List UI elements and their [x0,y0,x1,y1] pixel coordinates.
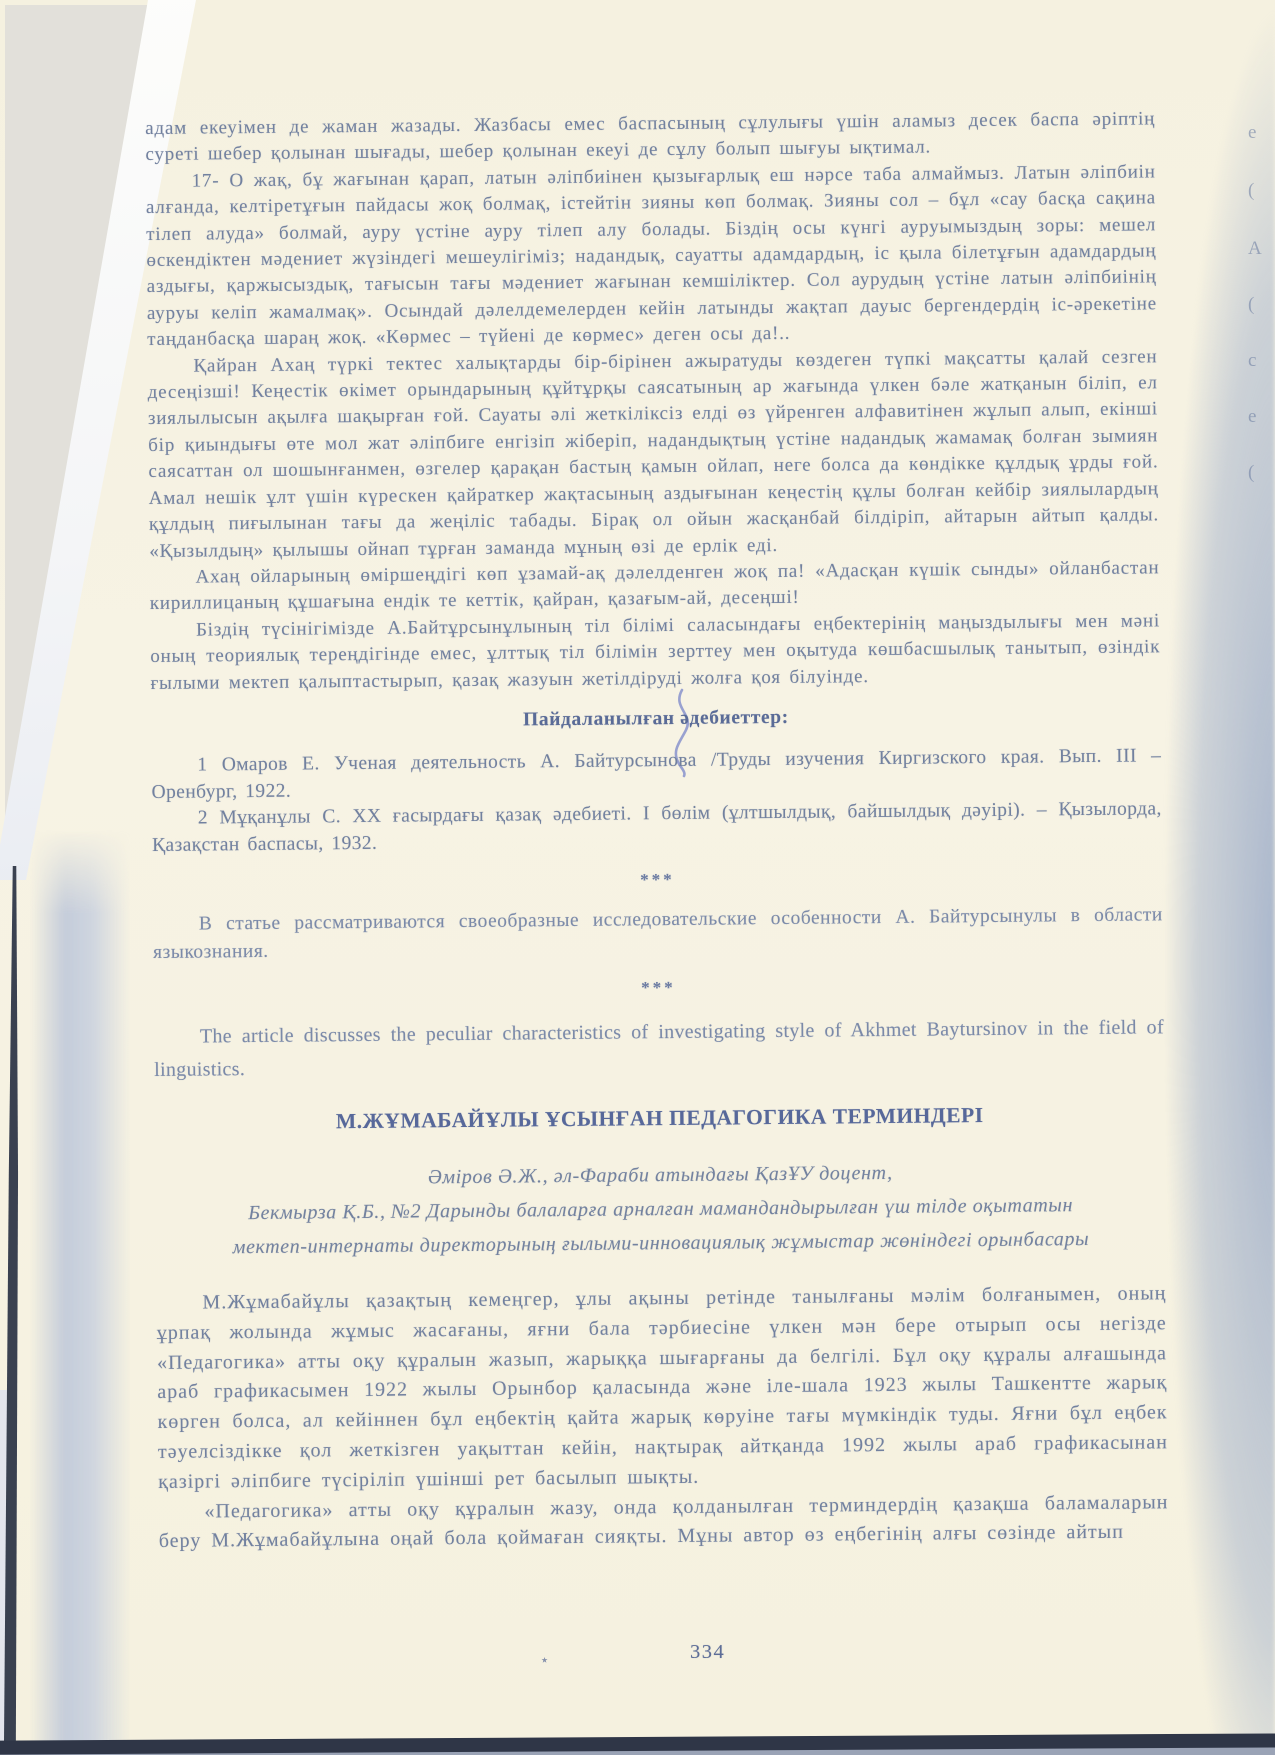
section-separator: *** [152,865,1162,901]
reference-item: 1 Омаров Е. Ученая деятельность А. Байту… [151,744,1161,807]
bleed-letter: е [1248,122,1256,144]
scanned-page: е ( А ( с е ( адам екеуімен де жаман жаз… [0,0,1275,1755]
left-page-curl-shadow [30,830,130,1755]
adjacent-page-bleed: е ( А ( с е ( [1248,0,1272,600]
paragraph: 17- О жақ, бұ жағынан қарап, латын әліпб… [146,159,1158,354]
paragraph: Ахаң ойларының өміршеңдігі көп ұзамай-ақ… [149,555,1159,618]
paragraph: М.Жұмабайұлы қазақтың кемеңгер, ұлы ақын… [156,1279,1168,1497]
abstract-english: The article discusses the peculiar chara… [154,1011,1165,1087]
bleed-letter: с [1248,350,1256,372]
page-number: 334 [690,1641,725,1664]
section-separator: *** [153,973,1163,1009]
references-heading: Пайдаланылған әдебиеттер: [151,701,1161,737]
next-article-title: М.ЖҰМАБАЙҰЛЫ ҰСЫНҒАН ПЕДАГОГИКА ТЕРМИНДЕ… [155,1099,1165,1137]
paragraph: адам екеуімен де жаман жазады. Жазбасы е… [145,106,1155,169]
paragraph: «Педагогика» атты оқу құралын жазу, онда… [158,1488,1169,1557]
page-text-block: адам екеуімен де жаман жазады. Жазбасы е… [145,106,1169,1557]
next-article-head: М.ЖҰМАБАЙҰЛЫ ҰСЫНҒАН ПЕДАГОГИКА ТЕРМИНДЕ… [155,1099,1169,1557]
stray-ink-mark: ٭ [541,1652,548,1668]
paragraph: Біздің түсінігімізде А.Байтұрсынұлының т… [150,608,1161,697]
abstract-russian: В статье рассматриваются своеобразные ис… [153,901,1163,967]
bleed-letter: ( [1248,180,1254,202]
reference-item: 2 Мұқанұлы С. ХХ ғасырдағы қазақ әдебиет… [152,796,1162,859]
previous-article-tail: адам екеуімен де жаман жазады. Жазбасы е… [145,106,1164,1087]
bleed-letter: ( [1248,294,1254,316]
bleed-letter: е [1248,406,1256,428]
bleed-letter: А [1248,238,1262,260]
paragraph: Қайран Ахаң түркі тектес халықтарды бір-… [147,344,1159,565]
bleed-letter: ( [1248,462,1254,484]
